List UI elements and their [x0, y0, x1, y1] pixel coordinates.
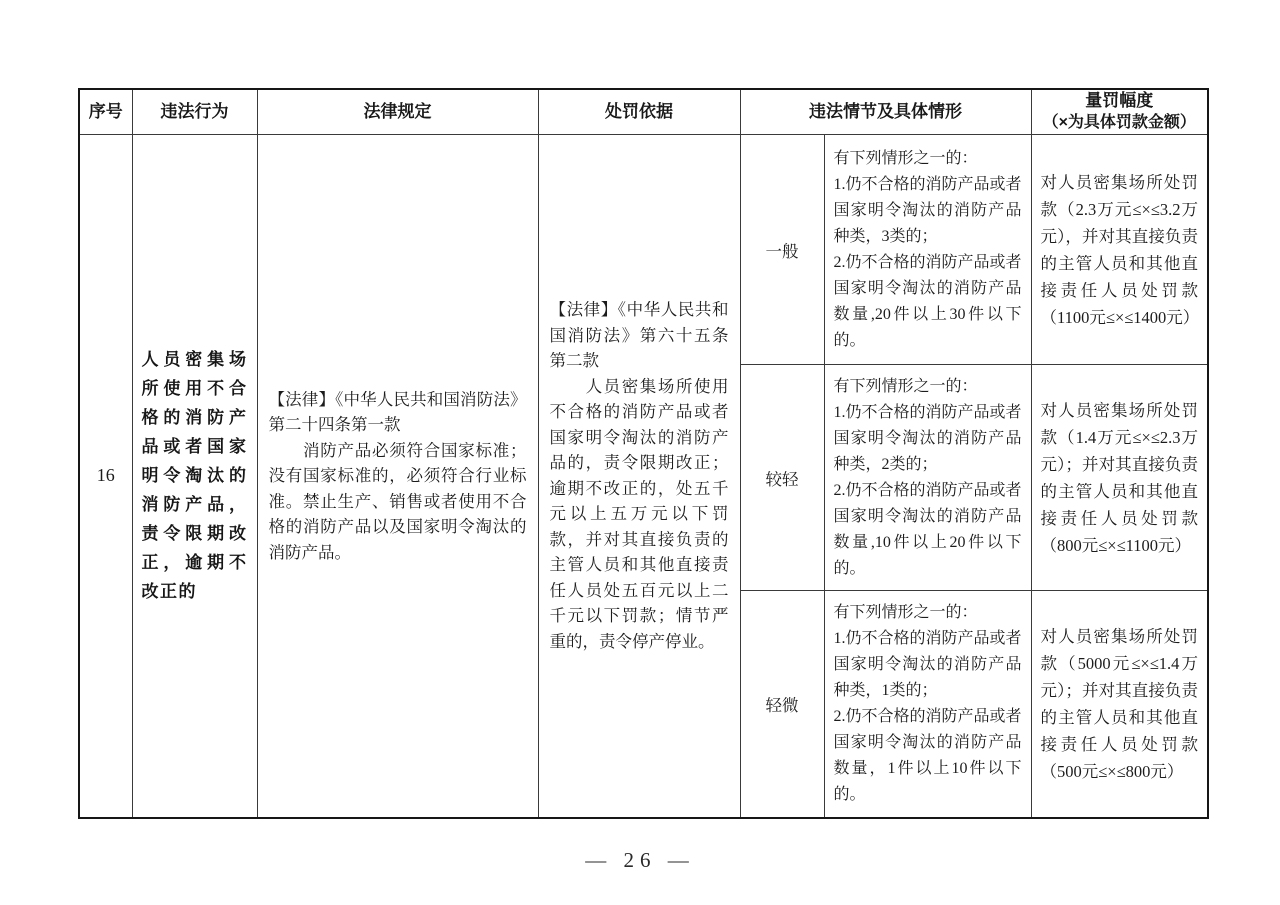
penalty-range-title: 量罚幅度 [1034, 90, 1206, 112]
document-page: 序号 违法行为 法律规定 处罚依据 违法情节及具体情形 量罚幅度 （×为具体罚款… [0, 0, 1280, 905]
col-header-index: 序号 [79, 89, 132, 135]
col-header-legal-provision: 法律规定 [257, 89, 538, 135]
page-number: — 26 — [0, 848, 1280, 873]
table-header-row: 序号 违法行为 法律规定 处罚依据 违法情节及具体情形 量罚幅度 （×为具体罚款… [79, 89, 1208, 135]
penalty-range-subtitle: （×为具体罚款金额） [1034, 112, 1206, 134]
severity-level-cell: 轻微 [740, 591, 824, 818]
illegal-behavior-cell: 人员密集场所使用不合格的消防产品或者国家明令淘汰的消防产品，责令限期改正，逾期不… [132, 135, 257, 818]
col-header-circumstances: 违法情节及具体情形 [740, 89, 1031, 135]
situation-cell: 有下列情形之一的： 1.仍不合格的消防产品或者国家明令淘汰的消防产品种类，1类的… [824, 591, 1031, 818]
penalty-table: 序号 违法行为 法律规定 处罚依据 违法情节及具体情形 量罚幅度 （×为具体罚款… [78, 88, 1209, 819]
row-index-cell: 16 [79, 135, 132, 818]
penalty-amount-cell: 对人员密集场所处罚款（1.4万元≤×≤2.3万元）；并对其直接负责的主管人员和其… [1031, 365, 1208, 591]
penalty-amount-cell: 对人员密集场所处罚款（2.3万元≤×≤3.2万元），并对其直接负责的主管人员和其… [1031, 135, 1208, 365]
situation-cell: 有下列情形之一的： 1.仍不合格的消防产品或者国家明令淘汰的消防产品种类，2类的… [824, 365, 1031, 591]
severity-level-cell: 较轻 [740, 365, 824, 591]
col-header-penalty-basis: 处罚依据 [538, 89, 740, 135]
situation-cell: 有下列情形之一的： 1.仍不合格的消防产品或者国家明令淘汰的消防产品种类，3类的… [824, 135, 1031, 365]
col-header-penalty-range: 量罚幅度 （×为具体罚款金额） [1031, 89, 1208, 135]
table-row-severity-general: 16 人员密集场所使用不合格的消防产品或者国家明令淘汰的消防产品，责令限期改正，… [79, 135, 1208, 365]
severity-level-cell: 一般 [740, 135, 824, 365]
penalty-basis-cell: 【法律】《中华人民共和国消防法》第六十五条第二款 人员密集场所使用不合格的消防产… [538, 135, 740, 818]
legal-provision-cell: 【法律】《中华人民共和国消防法》第二十四条第一款 消防产品必须符合国家标准；没有… [257, 135, 538, 818]
penalty-amount-cell: 对人员密集场所处罚款（5000元≤×≤1.4万元）；并对其直接负责的主管人员和其… [1031, 591, 1208, 818]
col-header-behavior: 违法行为 [132, 89, 257, 135]
